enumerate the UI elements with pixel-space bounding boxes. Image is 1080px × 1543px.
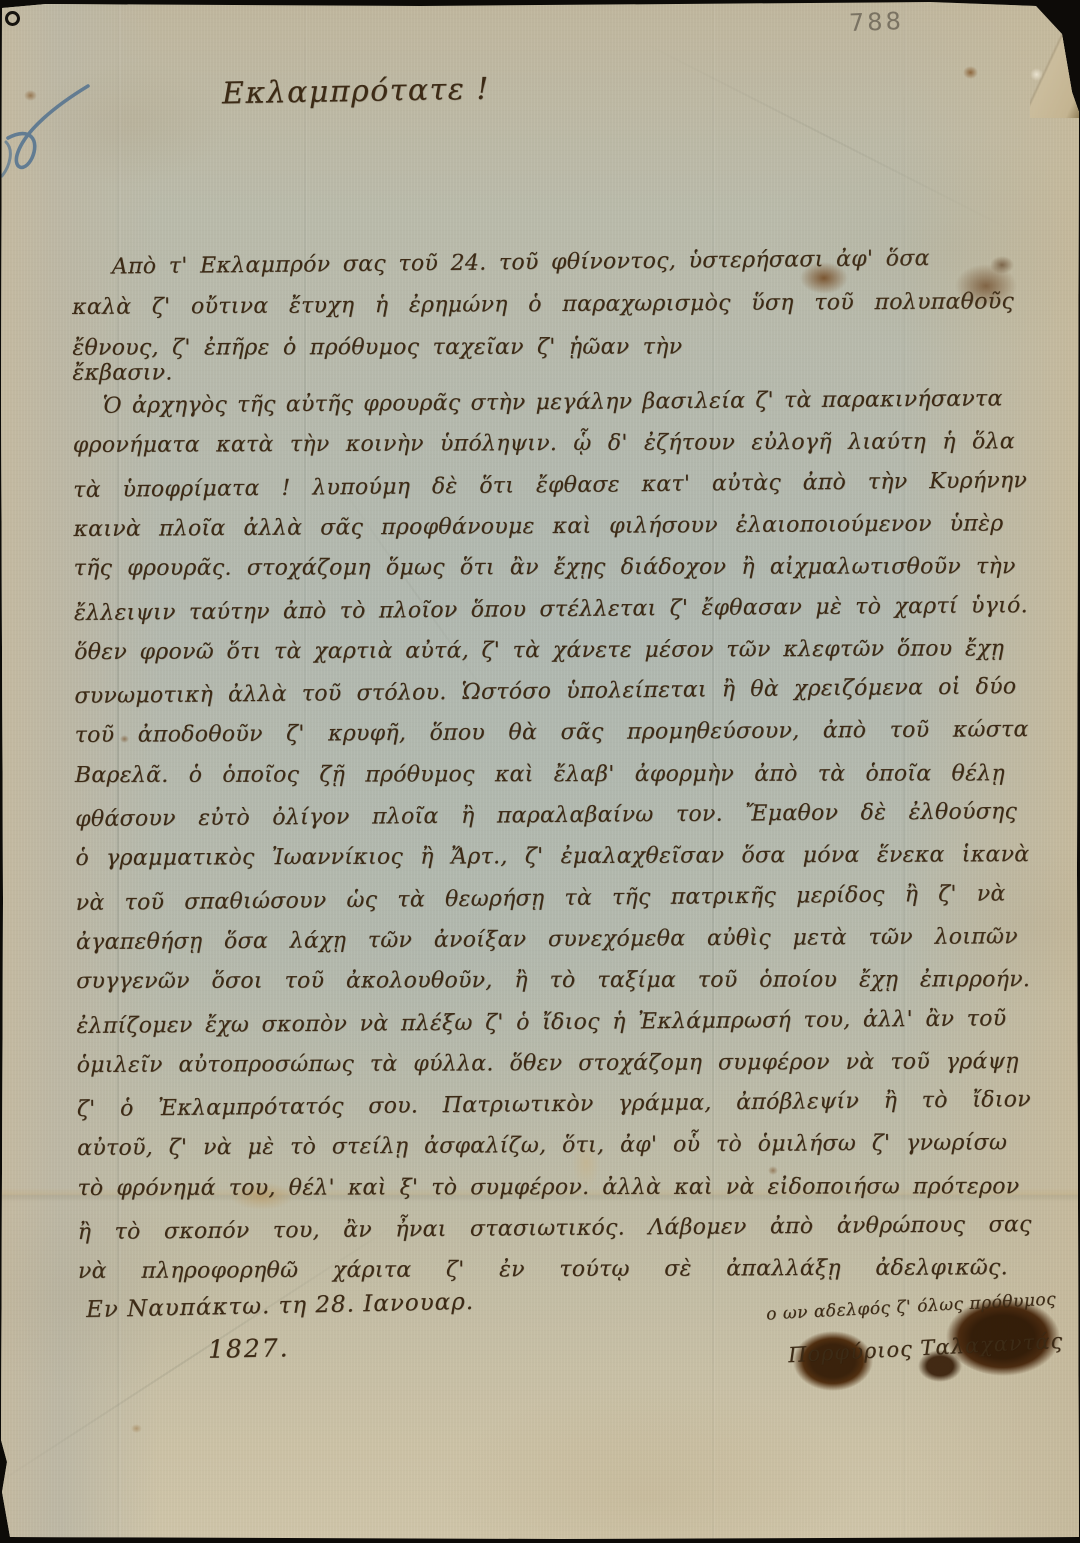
- archive-number: 788: [849, 7, 905, 37]
- handwriting-line: ἔθνους, ζ' ἐπῆρε ὁ πρόθυμος ταχεῖαν ζ' ᾑ…: [72, 335, 682, 386]
- handwriting-line: φθάσουν εὐτὸ ὀλίγον πλοῖα ἢ παραλαβαίνω …: [75, 799, 1017, 832]
- diagonal-crease: [640, 40, 1015, 232]
- handwriting-line: τὰ ὑποφρίματα ! λυπούμη δὲ ὅτι ἔφθασε κα…: [73, 468, 1027, 503]
- handwriting-line: ἢ τὸ σκοπόν του, ἂν ἦναι στασιωτικός. Λά…: [78, 1212, 1032, 1245]
- scanned-letter: 788 Εκλαμπρότατε ! Απὸ τ' Εκλαμπρόν σας …: [0, 0, 1080, 1543]
- handwriting-line: φρονήματα κατὰ τὴν κοινὴν ὑπόληψιν. ᾧ δ'…: [73, 429, 1015, 458]
- letter-body: Απὸ τ' Εκλαμπρόν σας τοῦ 24. τοῦ φθίνοντ…: [69, 235, 1051, 1341]
- handwriting-line: Ὁ ἀρχηγὸς τῆς αὐτῆς φρουρᾶς στὴν μεγάλην…: [103, 386, 1003, 418]
- handwriting-line: συνωμοτικὴ ἀλλὰ τοῦ στόλου. Ὡστόσο ὑπολε…: [74, 674, 1016, 709]
- handwriting-line: ἐλπίζομεν ἔχω σκοπὸν νὰ πλέξω ζ' ὁ ἴδιος…: [76, 1006, 1006, 1039]
- handwriting-line: ἔλλειψιν ταύτην ἀπὸ τὸ πλοῖον ὅπου στέλλ…: [74, 593, 1028, 626]
- ring-mark: [5, 11, 20, 26]
- handwriting-line: καλὰ ζ' οὔτινα ἔτυχη ἡ ἐρημώνη ὁ παραχωρ…: [72, 289, 1014, 320]
- handwriting-line: Βαρελᾶ. ὁ ὁποῖος ζῇ πρόθυμος καὶ ἔλαβ' ἀ…: [75, 761, 1005, 788]
- handwriting-line: ὁ γραμματικὸς Ἰωαννίκιος ἢ Ἄρτ., ζ' ἐμαλ…: [75, 842, 1029, 871]
- paper-sheet: 788 Εκλαμπρότατε ! Απὸ τ' Εκλαμπρόν σας …: [0, 0, 1080, 1543]
- handwriting-line: Απὸ τ' Εκλαμπρόν σας τοῦ 24. τοῦ φθίνοντ…: [112, 246, 930, 279]
- handwriting-line: συγγενῶν ὅσοι τοῦ ἀκολουθοῦν, ἢ τὸ ταξίμ…: [76, 967, 1030, 994]
- handwriting-line: νὰ πληροφορηθῶ χάριτα ζ' ἐν τούτῳ σὲ ἀπα…: [78, 1256, 1008, 1285]
- salutation: Εκλαμπρότατε !: [222, 72, 490, 112]
- handwriting-line: ζ' ὁ Ἐκλαμπρότατός σου. Πατριωτικὸν γράμ…: [77, 1087, 1031, 1122]
- handwriting-line: τῆς φρουρᾶς. στοχάζομη ὅμως ὅτι ἂν ἔχῃς …: [74, 554, 1016, 581]
- handwriting-line: αὐτοῦ, ζ' νὰ μὲ τὸ στείλῃ ἀσφαλίζω, ὅτι,…: [77, 1131, 1007, 1162]
- handwriting-line: τὸ φρόνημά του, θέλ' καὶ ξ' τὸ συμφέρον.…: [77, 1174, 1019, 1201]
- handwriting-line: ἀγαπεθήσῃ ὅσα λάχῃ τῶν ἀνοίξαν συνεχόμεθ…: [76, 924, 1018, 955]
- handwriting-line: νὰ τοῦ σπαθιώσουν ὡς τὰ θεωρήσῃ τὰ τῆς π…: [76, 881, 1006, 916]
- handwriting-line: ὅθεν φρονῶ ὅτι τὰ χαρτιὰ αὐτά, ζ' τὰ χάν…: [74, 636, 1004, 665]
- foxing-spot: [131, 1424, 142, 1433]
- handwriting-line: τοῦ ἀποδοθοῦν ζ' κρυφῆ, ὅπου θὰ σᾶς προμ…: [75, 718, 1029, 749]
- foxing-spot: [24, 90, 37, 101]
- handwriting-line: καινὰ πλοῖα ἀλλὰ σᾶς προφθάνουμε καὶ φιλ…: [73, 511, 1003, 542]
- handwriting-line: ὁμιλεῖν αὐτοπροσώπως τὰ φύλλα. ὅθεν στοχ…: [77, 1049, 1019, 1078]
- paper-fleck: [1030, 68, 1043, 81]
- blue-pencil-mark: [0, 80, 95, 185]
- dog-eared-corner: [1030, 0, 1080, 118]
- foxing-spot: [963, 66, 978, 79]
- dateline-year: 1827.: [208, 1333, 290, 1363]
